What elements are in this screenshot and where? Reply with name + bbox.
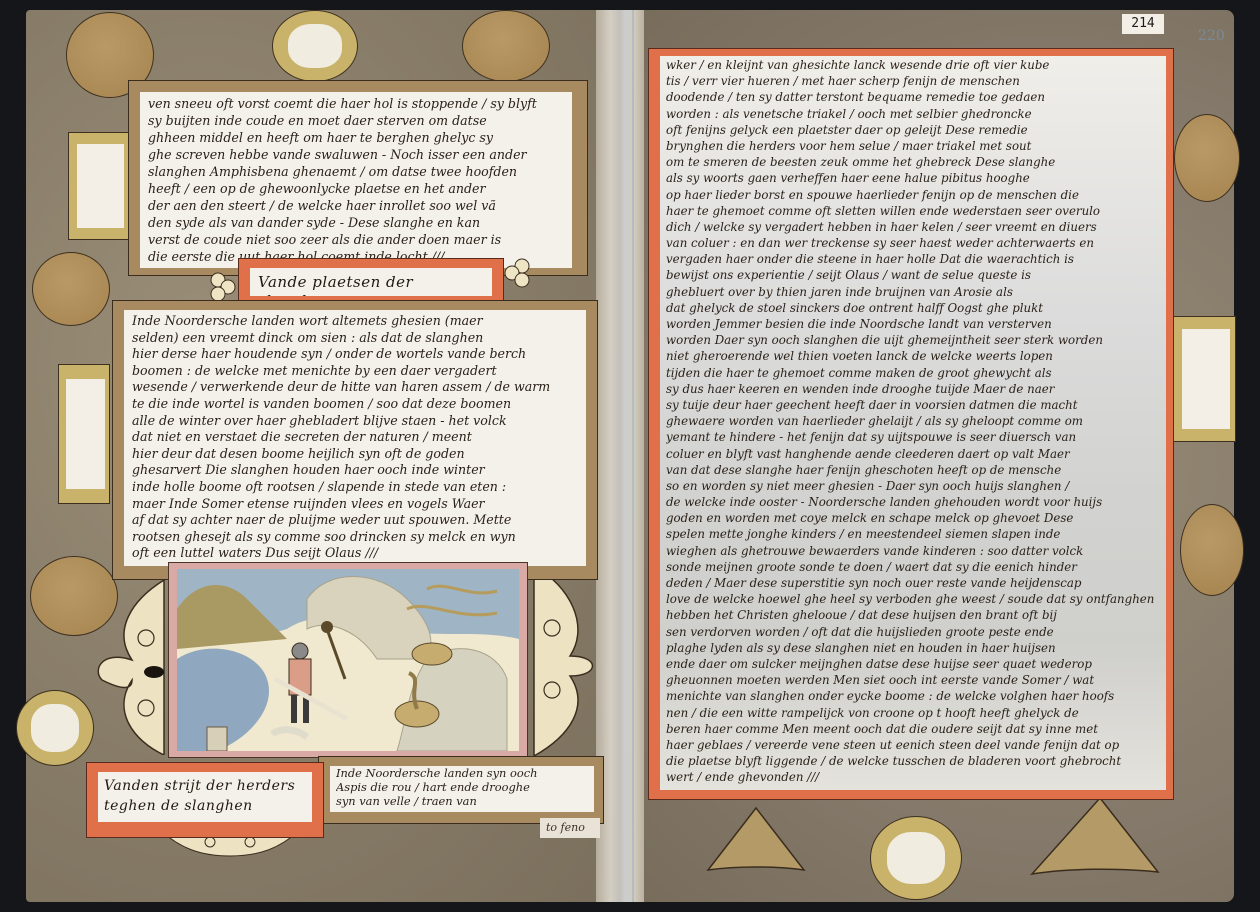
text-line: die plaetse blyft liggende / de welcke t… — [666, 756, 1160, 772]
ring-ornament — [16, 690, 94, 766]
text-line: sy tuije deur haer geechent heeft daer i… — [666, 400, 1160, 416]
text-line: hebben het Christen ghelooue / dat dese … — [666, 610, 1160, 626]
text-line: boomen : de welcke met menichte by een d… — [132, 365, 578, 382]
illustration-scene — [177, 569, 519, 751]
tab-ornament — [58, 364, 110, 504]
text-line: hier derse haer houdende syn / onder de … — [132, 348, 578, 365]
text-line: yemant te hindere - het fenijn dat sy ui… — [666, 432, 1160, 448]
triangle-ornament — [1030, 796, 1160, 876]
text-line: ghebluert over by thien jaren inde bruij… — [666, 287, 1160, 303]
pencil-folio-number: 220 — [1198, 28, 1225, 44]
text-line: ende daer om sulcker meijnghen datse des… — [666, 659, 1160, 675]
text-line: sonde meijnen groote sonde te doen / wae… — [666, 562, 1160, 578]
text-line: ghe screven hebbe vande swaluwen - Noch … — [148, 149, 564, 166]
text-line: Inde Noordersche landen wort altemets gh… — [132, 315, 578, 332]
ring-ornament — [272, 10, 358, 82]
text-line: der aen den steert / de welcke haer inro… — [148, 200, 564, 217]
text-line: worden Daer syn ooch slanghen die uijt g… — [666, 335, 1160, 351]
tab-ornament — [68, 132, 130, 240]
trefoil-ornament — [500, 256, 534, 290]
text-line: love de welcke hoewel ghe heel sy verbod… — [666, 594, 1160, 610]
text-line: slanghen Amphisbena ghenaemt / om datse … — [148, 166, 564, 183]
text-line: haer geblaes / vereerde vene steen ut ee… — [666, 740, 1160, 756]
text-line: wert / ende ghevonden /// — [666, 772, 1160, 788]
text-line: deden / Maer dese superstitie syn noch o… — [666, 578, 1160, 594]
text-line: tis / verr vier hueren / met haer scherp… — [666, 76, 1160, 92]
heading-2-box: Vanden strijt der herders teghen de slan… — [98, 772, 312, 822]
text-line: coluer en blyft vast hanghende aende cle… — [666, 449, 1160, 465]
gold-disc-ornament — [1174, 114, 1240, 202]
text-line: haer te ghemoet comme oft sletten willen… — [666, 206, 1160, 222]
scroll-ornament-right — [530, 566, 600, 756]
text-line: worden Jemmer besien die inde Noordsche … — [666, 319, 1160, 335]
text-line: te die inde wortel is vanden boomen / so… — [132, 398, 578, 415]
ring-ornament — [870, 816, 962, 900]
text-line: selden) een vreemt dinck om sien : als d… — [132, 332, 578, 349]
gold-disc-ornament — [32, 252, 110, 326]
text-line: op haer lieder borst en spouwe haerliede… — [666, 190, 1160, 206]
text-line: vergaden haer onder die steene in haer h… — [666, 254, 1160, 270]
bottom-text-block: Inde Noordersche landen syn ooch Aspis d… — [330, 766, 594, 812]
text-line: als sy woorts gaen verheffen haer eene h… — [666, 173, 1160, 189]
text-line: dich / welcke sy vergadert hebben in hae… — [666, 222, 1160, 238]
text-line: sy dus haer keeren en wenden inde droogh… — [666, 384, 1160, 400]
text-line: worden : als venetsche triakel / ooch me… — [666, 109, 1160, 125]
middle-text-block: Inde Noordersche landen wort altemets gh… — [124, 310, 586, 566]
text-line: tijden die haer te ghemoet comme maken d… — [666, 368, 1160, 384]
text-line: rootsen ghesejt als sy comme soo drincke… — [132, 531, 578, 548]
text-line: verst de coude niet soo zeer als die and… — [148, 234, 564, 251]
text-line: brynghen die herders voor hem selue / ma… — [666, 141, 1160, 157]
tab-ornament — [1172, 316, 1236, 442]
text-line: Inde Noordersche landen syn ooch — [336, 768, 588, 782]
text-line: af dat sy achter naer de pluijme weder u… — [132, 514, 578, 531]
text-line: van dat dese slanghe haer fenijn ghescho… — [666, 465, 1160, 481]
section-heading-2: Vanden strijt der herders teghen de slan… — [104, 776, 306, 816]
text-line: wesende / verwerkende deur de hitte van … — [132, 381, 578, 398]
text-line: maer Inde Somer etense ruijnden vlees en… — [132, 498, 578, 515]
gold-disc-ornament — [1180, 504, 1244, 596]
right-text-block: wker / en kleijnt van ghesichte lanck we… — [660, 56, 1166, 790]
text-line: so en worden sy niet meer ghesien - Daer… — [666, 481, 1160, 497]
text-line: gheuonnen moeten werden Men siet ooch in… — [666, 675, 1160, 691]
text-line: inde holle boome oft rootsen / slapende … — [132, 481, 578, 498]
text-line: Aspis die rou / hart ende drooghe — [336, 782, 588, 796]
text-line: den syde als van dander syde - Dese slan… — [148, 217, 564, 234]
text-line: spelen mette jonghe kinders / en meesten… — [666, 529, 1160, 545]
text-line: ghesarvert Die slanghen houden haer ooch… — [132, 464, 578, 481]
gutter-fold-line — [632, 10, 634, 902]
text-line: oft fenijns gelyck een plaetster daer op… — [666, 125, 1160, 141]
text-line: doodende / ten sy datter terstont bequam… — [666, 92, 1160, 108]
text-line: sen verdorven worden / oft dat die huijs… — [666, 627, 1160, 643]
text-line: nen / die een witte rampelijck von croon… — [666, 708, 1160, 724]
text-line: wieghen als ghetrouwe bewaerders vande k… — [666, 546, 1160, 562]
text-line: dat ghelyck de stoel sinckers doe ontren… — [666, 303, 1160, 319]
catchword: to feno — [540, 818, 600, 838]
text-line: wker / en kleijnt van ghesichte lanck we… — [666, 60, 1160, 76]
triangle-ornament — [706, 806, 806, 872]
illustration-herder-and-serpents — [168, 562, 528, 758]
folio-number: 214 — [1122, 14, 1164, 34]
text-line: bewijst ons experientie / seijt Olaus / … — [666, 270, 1160, 286]
text-line: alle de winter over haer ghebladert blij… — [132, 415, 578, 432]
text-line: niet gheroerende wel thien voeten lanck … — [666, 351, 1160, 367]
scroll-ornament-left — [92, 580, 172, 755]
heading-vande-plaetsen: Vande plaetsen der slanghen — [250, 268, 492, 296]
text-line: ven sneeu oft vorst coemt die haer hol i… — [148, 98, 564, 115]
text-line: dat niet en verstaet die secreten der na… — [132, 431, 578, 448]
text-line: plaghe lyden als sy dese slanghen niet e… — [666, 643, 1160, 659]
text-line: hier deur dat desen boome heijlich syn o… — [132, 448, 578, 465]
text-line: ghewaere worden van haerlieder ghelaijt … — [666, 416, 1160, 432]
trefoil-ornament — [206, 270, 240, 304]
section-heading: Vande plaetsen der slanghen — [258, 273, 413, 296]
text-line: om te smeren de beesten zeuk omme het gh… — [666, 157, 1160, 173]
text-line: beren haer comme Men meent ooch dat die … — [666, 724, 1160, 740]
text-line: heeft / een op de ghewoonlycke plaetse e… — [148, 183, 564, 200]
text-line: syn van velle / traen van — [336, 796, 588, 810]
top-text-block: ven sneeu oft vorst coemt die haer hol i… — [140, 92, 572, 268]
text-line: ghheen middel en heeft om haer te berghe… — [148, 132, 564, 149]
gold-disc-ornament — [462, 10, 550, 82]
text-line: sy buijten inde coude en moet daer sterv… — [148, 115, 564, 132]
text-line: van coluer : en dan wer treckense sy see… — [666, 238, 1160, 254]
text-line: de welcke inde ooster - Noordersche land… — [666, 497, 1160, 513]
text-line: goden en worden met coye melck en schape… — [666, 513, 1160, 529]
text-line: menichte van slanghen onder eycke boome … — [666, 691, 1160, 707]
